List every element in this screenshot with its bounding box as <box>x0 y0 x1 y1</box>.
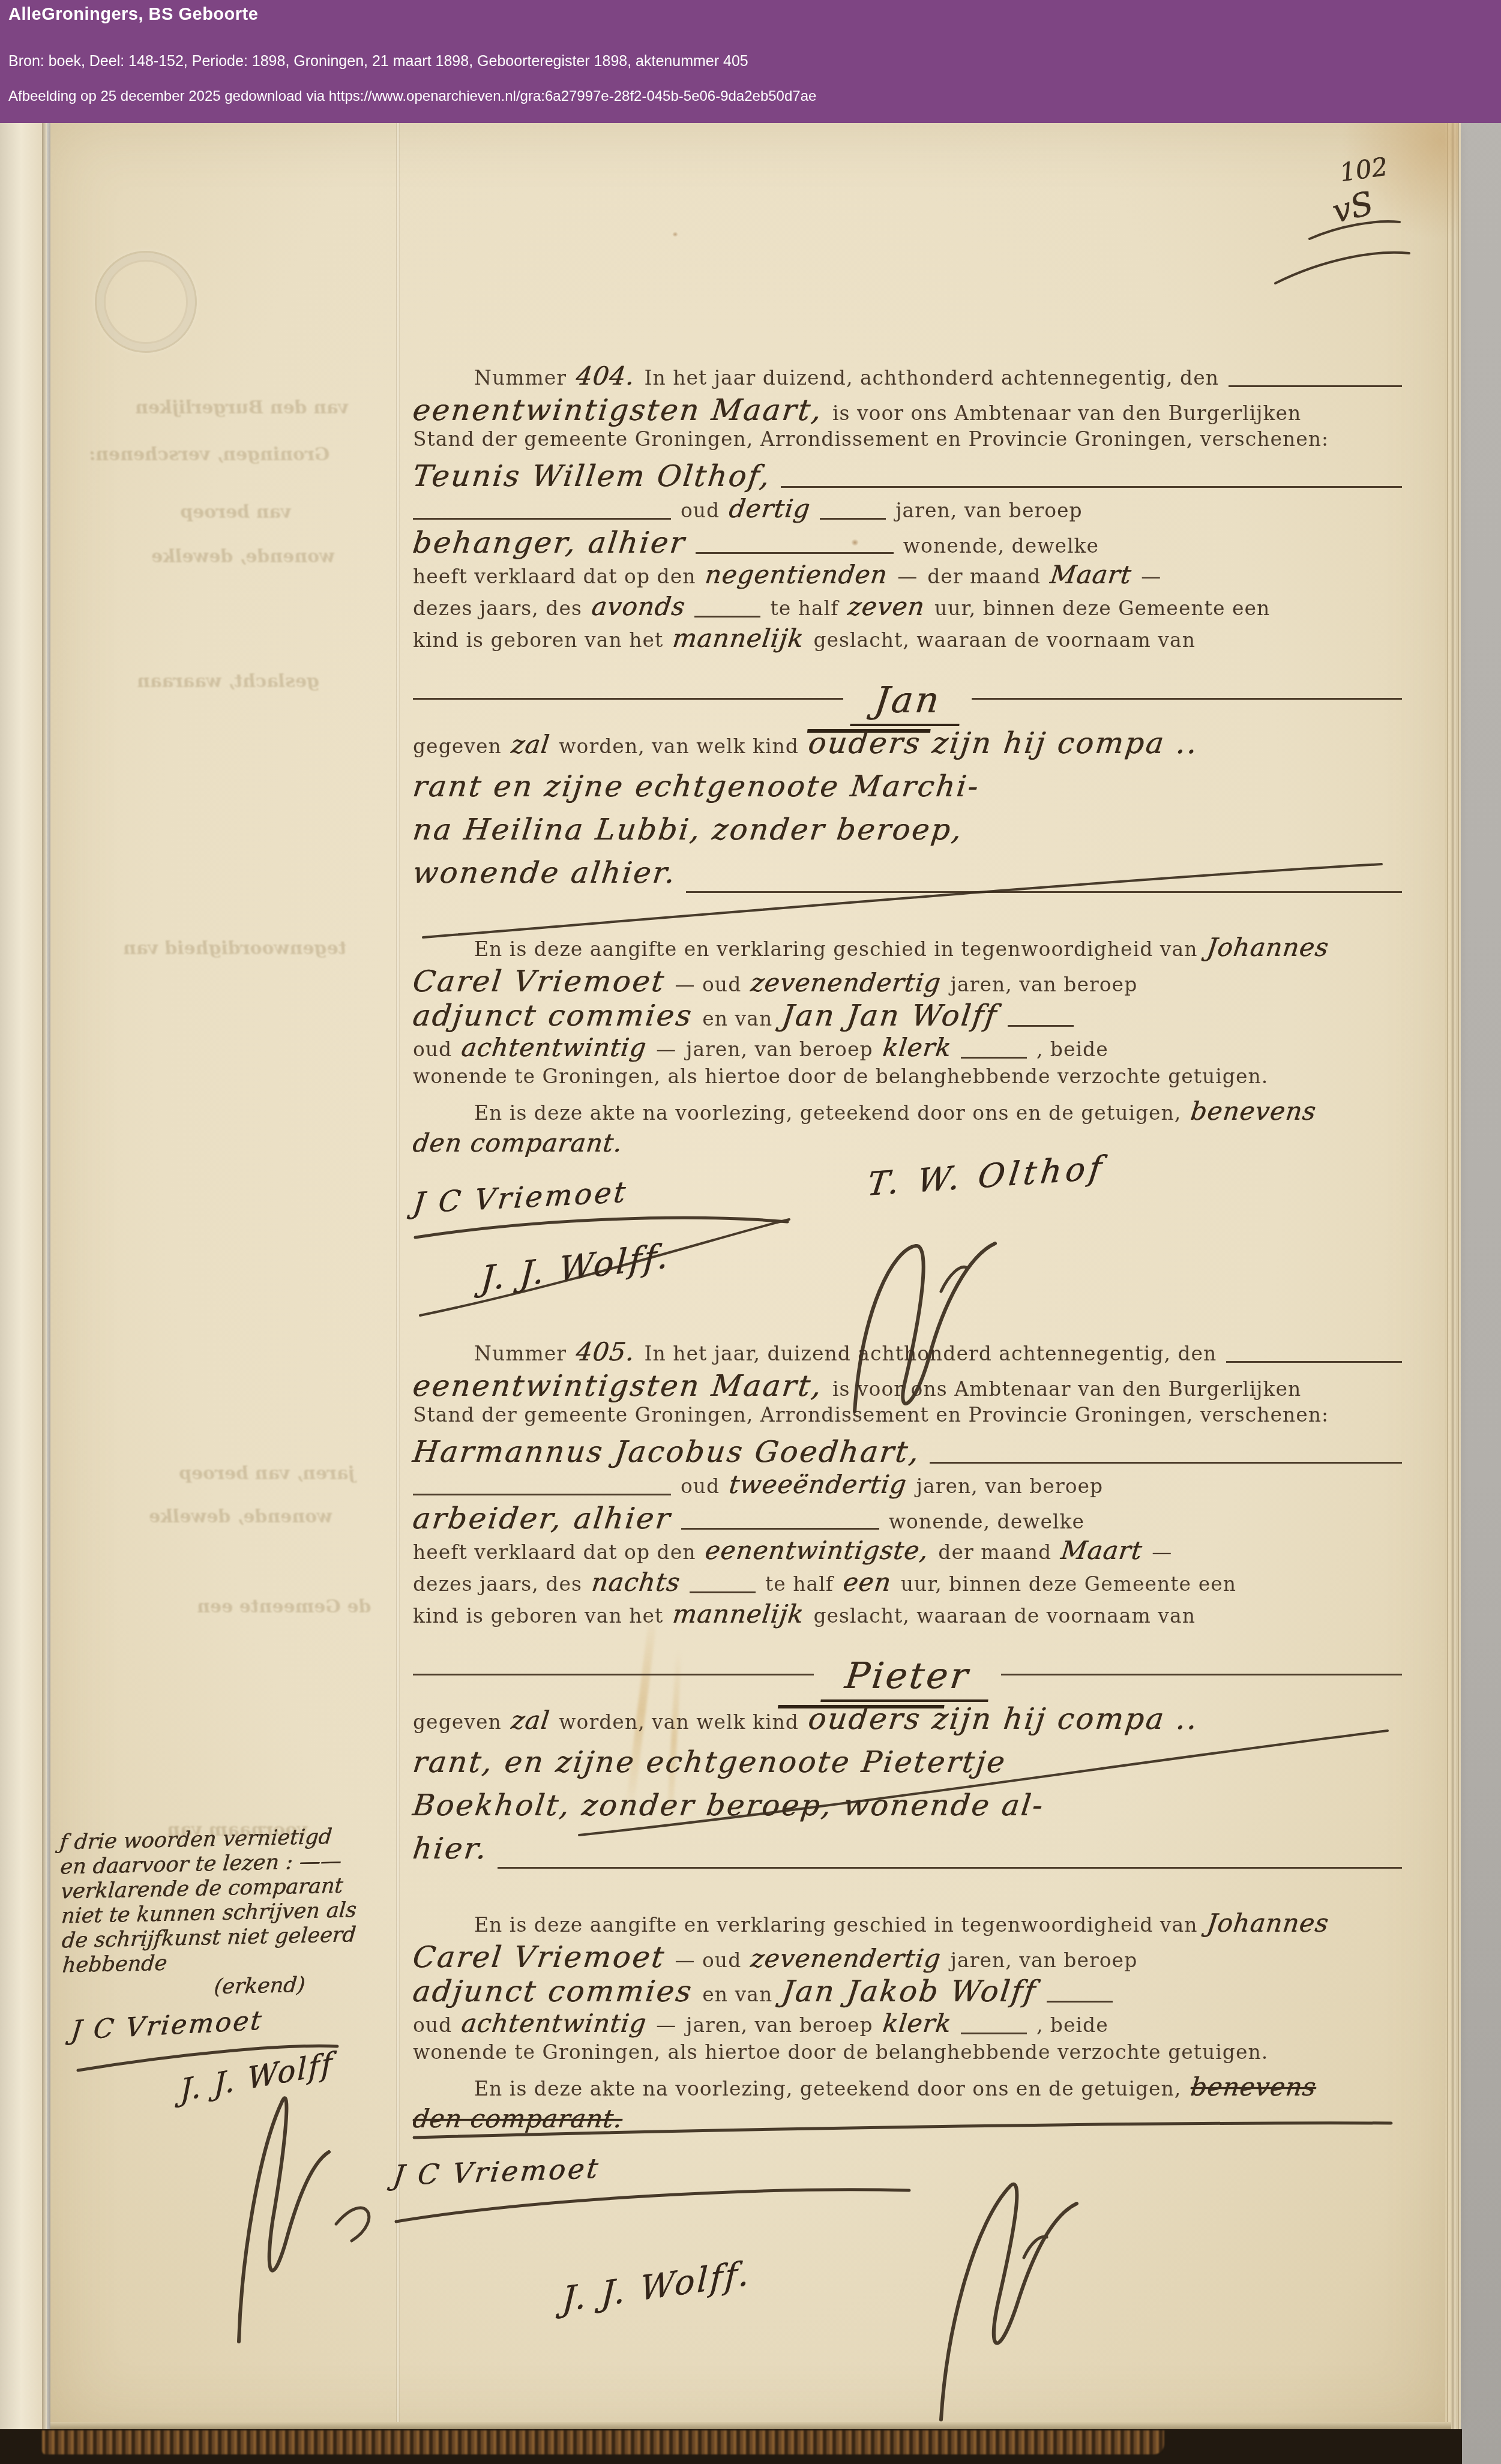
handwritten-text: Harmannus Jacobus Goedhart, <box>411 1435 922 1469</box>
form-line: Nummer404.In het jaar duizend, achthonde… <box>413 361 1402 393</box>
handwritten-text: eenentwintigsten Maart, <box>411 393 825 427</box>
printed-text: heeft verklaard dat op den <box>413 565 696 588</box>
printed-text: jaren, van beroep <box>951 973 1137 996</box>
printed-text: jaren, van beroep <box>895 499 1082 522</box>
handwritten-text: zeven <box>846 592 927 621</box>
blank-rule <box>961 1057 1027 1059</box>
printed-text: geslacht, waaraan de voornaam van <box>813 1604 1196 1627</box>
bleed-through-line: van beroep <box>179 502 292 523</box>
printed-text: der maand <box>927 565 1041 588</box>
blank-rule <box>686 891 1402 893</box>
form-line: Harmannus Jacobus Goedhart, <box>413 1435 1402 1470</box>
handwritten-text: benevens <box>1189 2072 1318 2102</box>
handwritten-text: Carel Vriemoet <box>411 1940 668 1974</box>
handwritten-text: Boekholt, zonder beroep, wonende al- <box>411 1788 1047 1822</box>
printed-text: wonende, dewelke <box>889 1510 1084 1533</box>
handwritten-text: Jan Jakob Wolff <box>780 1974 1039 2009</box>
printed-text: wonende, dewelke <box>903 534 1099 557</box>
form-line: wonende te Groningen, als hiertoe door d… <box>413 1065 1402 1096</box>
printed-text: — <box>1152 1540 1172 1564</box>
printed-text: uur, binnen deze Gemeente een <box>934 596 1270 620</box>
handwritten-text: Jan <box>850 679 965 726</box>
margin-annotation: ƒ drie woorden vernietigden daarvoor te … <box>59 1823 435 2003</box>
printed-text: wonende te Groningen, als hiertoe door d… <box>413 2040 1268 2064</box>
printed-text: oud <box>413 2013 452 2037</box>
printed-text: — <box>897 565 918 588</box>
handwritten-text: tweeëndertig <box>727 1470 908 1499</box>
printed-text: kind is geboren van het <box>413 1604 663 1627</box>
handwritten-text: zal <box>510 1705 552 1735</box>
form-line: oudachtentwintig—jaren, van beroepklerk,… <box>413 1033 1402 1065</box>
handwritten-text: mannelijk <box>671 1599 805 1629</box>
handwritten-text: Johannes <box>1205 1908 1331 1938</box>
bleed-through-line: de Gemeente een <box>196 1596 371 1617</box>
form-line: Carel Vriemoet— oudzevenendertigjaren, v… <box>413 1940 1402 1974</box>
handwritten-text: 405. <box>574 1337 637 1366</box>
blank-rule <box>696 552 894 554</box>
form-line: Pieter <box>413 1631 1402 1702</box>
form-line: eenentwintigsten Maart,is voor ons Ambte… <box>413 393 1402 427</box>
form-line: Carel Vriemoet— oudzevenendertigjaren, v… <box>413 964 1402 999</box>
printed-text: te half <box>765 1572 834 1596</box>
handwritten-text: Maart <box>1059 1536 1144 1565</box>
printed-text: In het jaar, duizend achthonderd achtenn… <box>645 1342 1217 1365</box>
handwritten-text: klerk <box>881 1033 953 1062</box>
printed-text: worden, van welk kind <box>559 1710 799 1734</box>
form-line: Boekholt, zonder beroep, wonende al- <box>413 1788 1402 1831</box>
printed-text: , beide <box>1036 2013 1108 2037</box>
paper-crease <box>396 123 400 2429</box>
handwritten-text: ouders zijn hij compa .. <box>806 1702 1200 1736</box>
bleed-through-line: tegenwoordigheid van <box>122 938 347 959</box>
form-line: rant, en zijne echtgenoote Pietertje <box>413 1745 1402 1788</box>
handwritten-text: 404. <box>574 361 637 391</box>
form-line: En is deze aangifte en verklaring geschi… <box>413 1908 1402 1940</box>
blank-rule <box>781 486 1403 488</box>
handwritten-text: wonende alhier. <box>411 856 679 890</box>
blank-rule <box>972 698 1402 700</box>
form-line: eenentwintigsten Maart,is voor ons Ambte… <box>413 1369 1402 1403</box>
handwritten-text: achtentwintig <box>460 2009 648 2038</box>
form-line: kind is geboren van hetmannelijkgeslacht… <box>413 1599 1402 1631</box>
blank-rule <box>413 698 843 700</box>
printed-text: en van <box>702 1983 772 2006</box>
printed-text: jaren, van beroep <box>686 2013 873 2037</box>
handwritten-text: ouders zijn hij compa .. <box>806 726 1200 760</box>
printed-text: In het jaar duizend, achthonderd achtenn… <box>645 366 1219 389</box>
form-line: En is deze akte na voorlezing, geteekend… <box>413 2072 1402 2104</box>
printed-text: gegeven <box>413 1710 502 1734</box>
form-line: Jan <box>413 655 1402 726</box>
printed-text: — <box>1141 565 1161 588</box>
printed-text: En is deze aangifte en verklaring geschi… <box>474 937 1197 961</box>
blank-rule <box>1229 385 1402 387</box>
blank-rule <box>694 616 760 618</box>
screenshot-root: { "header": { "title": "AlleGroningers, … <box>0 0 1501 2464</box>
margin-annotation-lines: ƒ drie woorden vernietigden daarvoor te … <box>59 1823 435 2003</box>
form-line: heeft verklaard dat op deneenentwintigst… <box>413 1536 1402 1567</box>
form-line: adjunct commiesen vanJan Jakob Wolff <box>413 1974 1402 2009</box>
printed-text: en van <box>702 1007 772 1030</box>
form-line: wonende te Groningen, als hiertoe door d… <box>413 2040 1402 2072</box>
handwritten-text: dertig <box>727 494 812 523</box>
form-line: kind is geboren van hetmannelijkgeslacht… <box>413 624 1402 655</box>
birth-act-405: Nummer405.In het jaar, duizend achthonde… <box>413 1337 1402 2136</box>
handwritten-text: mannelijk <box>671 624 805 653</box>
handwritten-text: eenentwintigsten Maart, <box>411 1369 825 1403</box>
form-line: ouddertigjaren, van beroep <box>413 494 1402 526</box>
printed-text: is voor ons Ambtenaar van den Burgerlijk… <box>832 1377 1301 1401</box>
handwritten-text: den comparant. <box>411 2104 624 2133</box>
printed-text: — oud <box>675 1949 742 1972</box>
form-line: En is deze aangifte en verklaring geschi… <box>413 933 1402 964</box>
printed-text: heeft verklaard dat op den <box>413 1540 696 1564</box>
form-line: na Heilina Lubbi, zonder beroep, <box>413 813 1402 856</box>
printed-text: — <box>656 2013 676 2037</box>
printed-text: Nummer <box>474 1342 567 1365</box>
handwritten-text: rant, en zijne echtgenoote Pietertje <box>411 1745 1008 1779</box>
form-line: hier. <box>413 1831 1402 1875</box>
printed-text: te half <box>770 596 838 620</box>
printed-text: dezes jaars, des <box>413 1572 582 1596</box>
handwritten-text: eenentwintigste, <box>703 1536 930 1565</box>
form-line: oudachtentwintig—jaren, van beroepklerk,… <box>413 2009 1402 2040</box>
form-line: En is deze akte na voorlezing, geteekend… <box>413 1096 1402 1128</box>
handwritten-text: nachts <box>590 1567 682 1597</box>
record-download-line: Afbeelding op 25 december 2025 gedownloa… <box>8 88 816 105</box>
handwritten-text: achtentwintig <box>460 1033 648 1062</box>
printed-text: gegeven <box>413 735 502 758</box>
form-line: oudtweeëndertigjaren, van beroep <box>413 1470 1402 1501</box>
handwritten-text: zevenendertig <box>749 968 943 997</box>
printed-text: Nummer <box>474 366 567 389</box>
form-line: den comparant. <box>413 1128 1402 1160</box>
blank-rule <box>413 1674 814 1675</box>
bleed-through-line: Groningen, verschenen: <box>88 444 330 465</box>
printed-text: is voor ons Ambtenaar van den Burgerlijk… <box>832 401 1301 425</box>
handwritten-text: na Heilina Lubbi, zonder beroep, <box>411 813 966 847</box>
blank-rule <box>961 2033 1027 2034</box>
handwritten-text: Jan Jan Wolff <box>780 999 1000 1033</box>
bleed-through-line: wonende, dewelke <box>148 1506 333 1527</box>
handwritten-text: Pieter <box>821 1655 994 1702</box>
record-title: AlleGroningers, BS Geboorte <box>8 5 258 25</box>
handwritten-text: zal <box>510 730 552 759</box>
printed-text: uur, binnen deze Gemeente een <box>901 1572 1236 1596</box>
printed-text: jaren, van beroep <box>916 1474 1103 1498</box>
handwritten-text: adjunct commies <box>411 999 695 1033</box>
form-line: adjunct commiesen vanJan Jan Wolff <box>413 999 1402 1033</box>
form-line: dezes jaars, desnachtste halfeenuur, bin… <box>413 1567 1402 1599</box>
bleed-through-line: wonende, dewelke <box>150 546 335 567</box>
blank-rule <box>413 518 671 520</box>
blank-rule <box>498 1867 1402 1869</box>
handwritten-text: een <box>841 1567 893 1597</box>
blank-rule <box>1047 2001 1113 2003</box>
handwritten-text: negentienden <box>703 560 889 589</box>
form-line: gegevenzalworden, van welk kindouders zi… <box>413 726 1402 769</box>
record-source-line: Bron: boek, Deel: 148-152, Periode: 1898… <box>8 53 748 70</box>
handwritten-text: Carel Vriemoet <box>411 964 668 999</box>
handwritten-text: arbeider, alhier <box>411 1501 674 1536</box>
adjacent-page-edge <box>0 123 47 2429</box>
printed-text: Stand der gemeente Groningen, Arrondisse… <box>413 427 1329 451</box>
form-line: den comparant. <box>413 2104 1402 2136</box>
page-edges-texture <box>42 2430 1164 2454</box>
printed-text: oud <box>413 1038 452 1061</box>
form-line: wonende alhier. <box>413 856 1402 899</box>
handwritten-text: adjunct commies <box>411 1974 695 2009</box>
form-line: behanger, alhierwonende, dewelke <box>413 526 1402 560</box>
blank-rule <box>690 1591 756 1593</box>
bleed-through-line: jaren, van beroep <box>178 1463 355 1484</box>
printed-text: jaren, van beroep <box>951 1949 1137 1972</box>
printed-text: Stand der gemeente Groningen, Arrondisse… <box>413 1403 1329 1426</box>
ink-fleck <box>672 232 678 237</box>
handwritten-text: Teunis Willem Olthof, <box>411 459 773 493</box>
printed-text: , beide <box>1036 1038 1108 1061</box>
form-line: rant en zijne echtgenoote Marchi- <box>413 769 1402 813</box>
form-line: dezes jaars, desavondste halfzevenuur, b… <box>413 592 1402 624</box>
blank-rule <box>930 1462 1402 1464</box>
printed-text: worden, van welk kind <box>559 735 799 758</box>
handwritten-text: Maart <box>1048 560 1133 589</box>
blank-rule <box>1001 1674 1402 1675</box>
blank-rule <box>1008 1025 1074 1027</box>
bleed-through-line: van den Burgerlijken <box>134 397 349 418</box>
printed-text: jaren, van beroep <box>686 1038 873 1061</box>
form-line: Nummer405.In het jaar, duizend achthonde… <box>413 1337 1402 1369</box>
form-line: Teunis Willem Olthof, <box>413 459 1402 494</box>
handwritten-text: rant en zijne echtgenoote Marchi- <box>411 769 982 804</box>
printed-text: oud <box>681 499 720 522</box>
handwritten-text: zevenendertig <box>749 1944 943 1973</box>
handwritten-text: klerk <box>881 2009 953 2038</box>
handwritten-text: den comparant. <box>411 1128 624 1158</box>
printed-text: oud <box>681 1474 720 1498</box>
printed-text: En is deze aangifte en verklaring geschi… <box>474 1913 1197 1937</box>
handwritten-text: Johannes <box>1205 933 1331 962</box>
blank-rule <box>820 518 886 520</box>
blank-rule <box>413 1494 671 1495</box>
bleed-through-line: geslacht, waaraan <box>136 671 320 692</box>
form-line: Stand der gemeente Groningen, Arrondisse… <box>413 427 1402 459</box>
printed-text: geslacht, waaraan de voornaam van <box>813 628 1196 652</box>
printed-text: wonende te Groningen, als hiertoe door d… <box>413 1065 1268 1088</box>
handwritten-text: behanger, alhier <box>411 526 688 560</box>
form-line: arbeider, alhierwonende, dewelke <box>413 1501 1402 1536</box>
blank-rule <box>1226 1361 1402 1363</box>
handwritten-text: avonds <box>590 592 687 621</box>
viewer-header: AlleGroningers, BS Geboorte Bron: boek, … <box>0 0 1501 123</box>
printed-text: — <box>656 1038 676 1061</box>
blank-rule <box>681 1528 879 1530</box>
form-line: Stand der gemeente Groningen, Arrondisse… <box>413 1403 1402 1435</box>
printed-text: En is deze akte na voorlezing, geteekend… <box>474 1101 1181 1125</box>
printed-text: En is deze akte na voorlezing, geteekend… <box>474 2077 1181 2100</box>
form-line: heeft verklaard dat op dennegentienden—d… <box>413 560 1402 592</box>
form-line: gegevenzalworden, van welk kindouders zi… <box>413 1702 1402 1745</box>
printed-text: kind is geboren van het <box>413 628 663 652</box>
handwritten-text: benevens <box>1189 1096 1318 1126</box>
birth-act-404: Nummer404.In het jaar duizend, achthonde… <box>413 361 1402 1160</box>
page-stack-edge <box>1445 123 1461 2429</box>
printed-text: der maand <box>938 1540 1051 1564</box>
embossed-seal <box>95 251 197 353</box>
printed-text: — oud <box>675 973 742 996</box>
printed-text: dezes jaars, des <box>413 596 582 620</box>
